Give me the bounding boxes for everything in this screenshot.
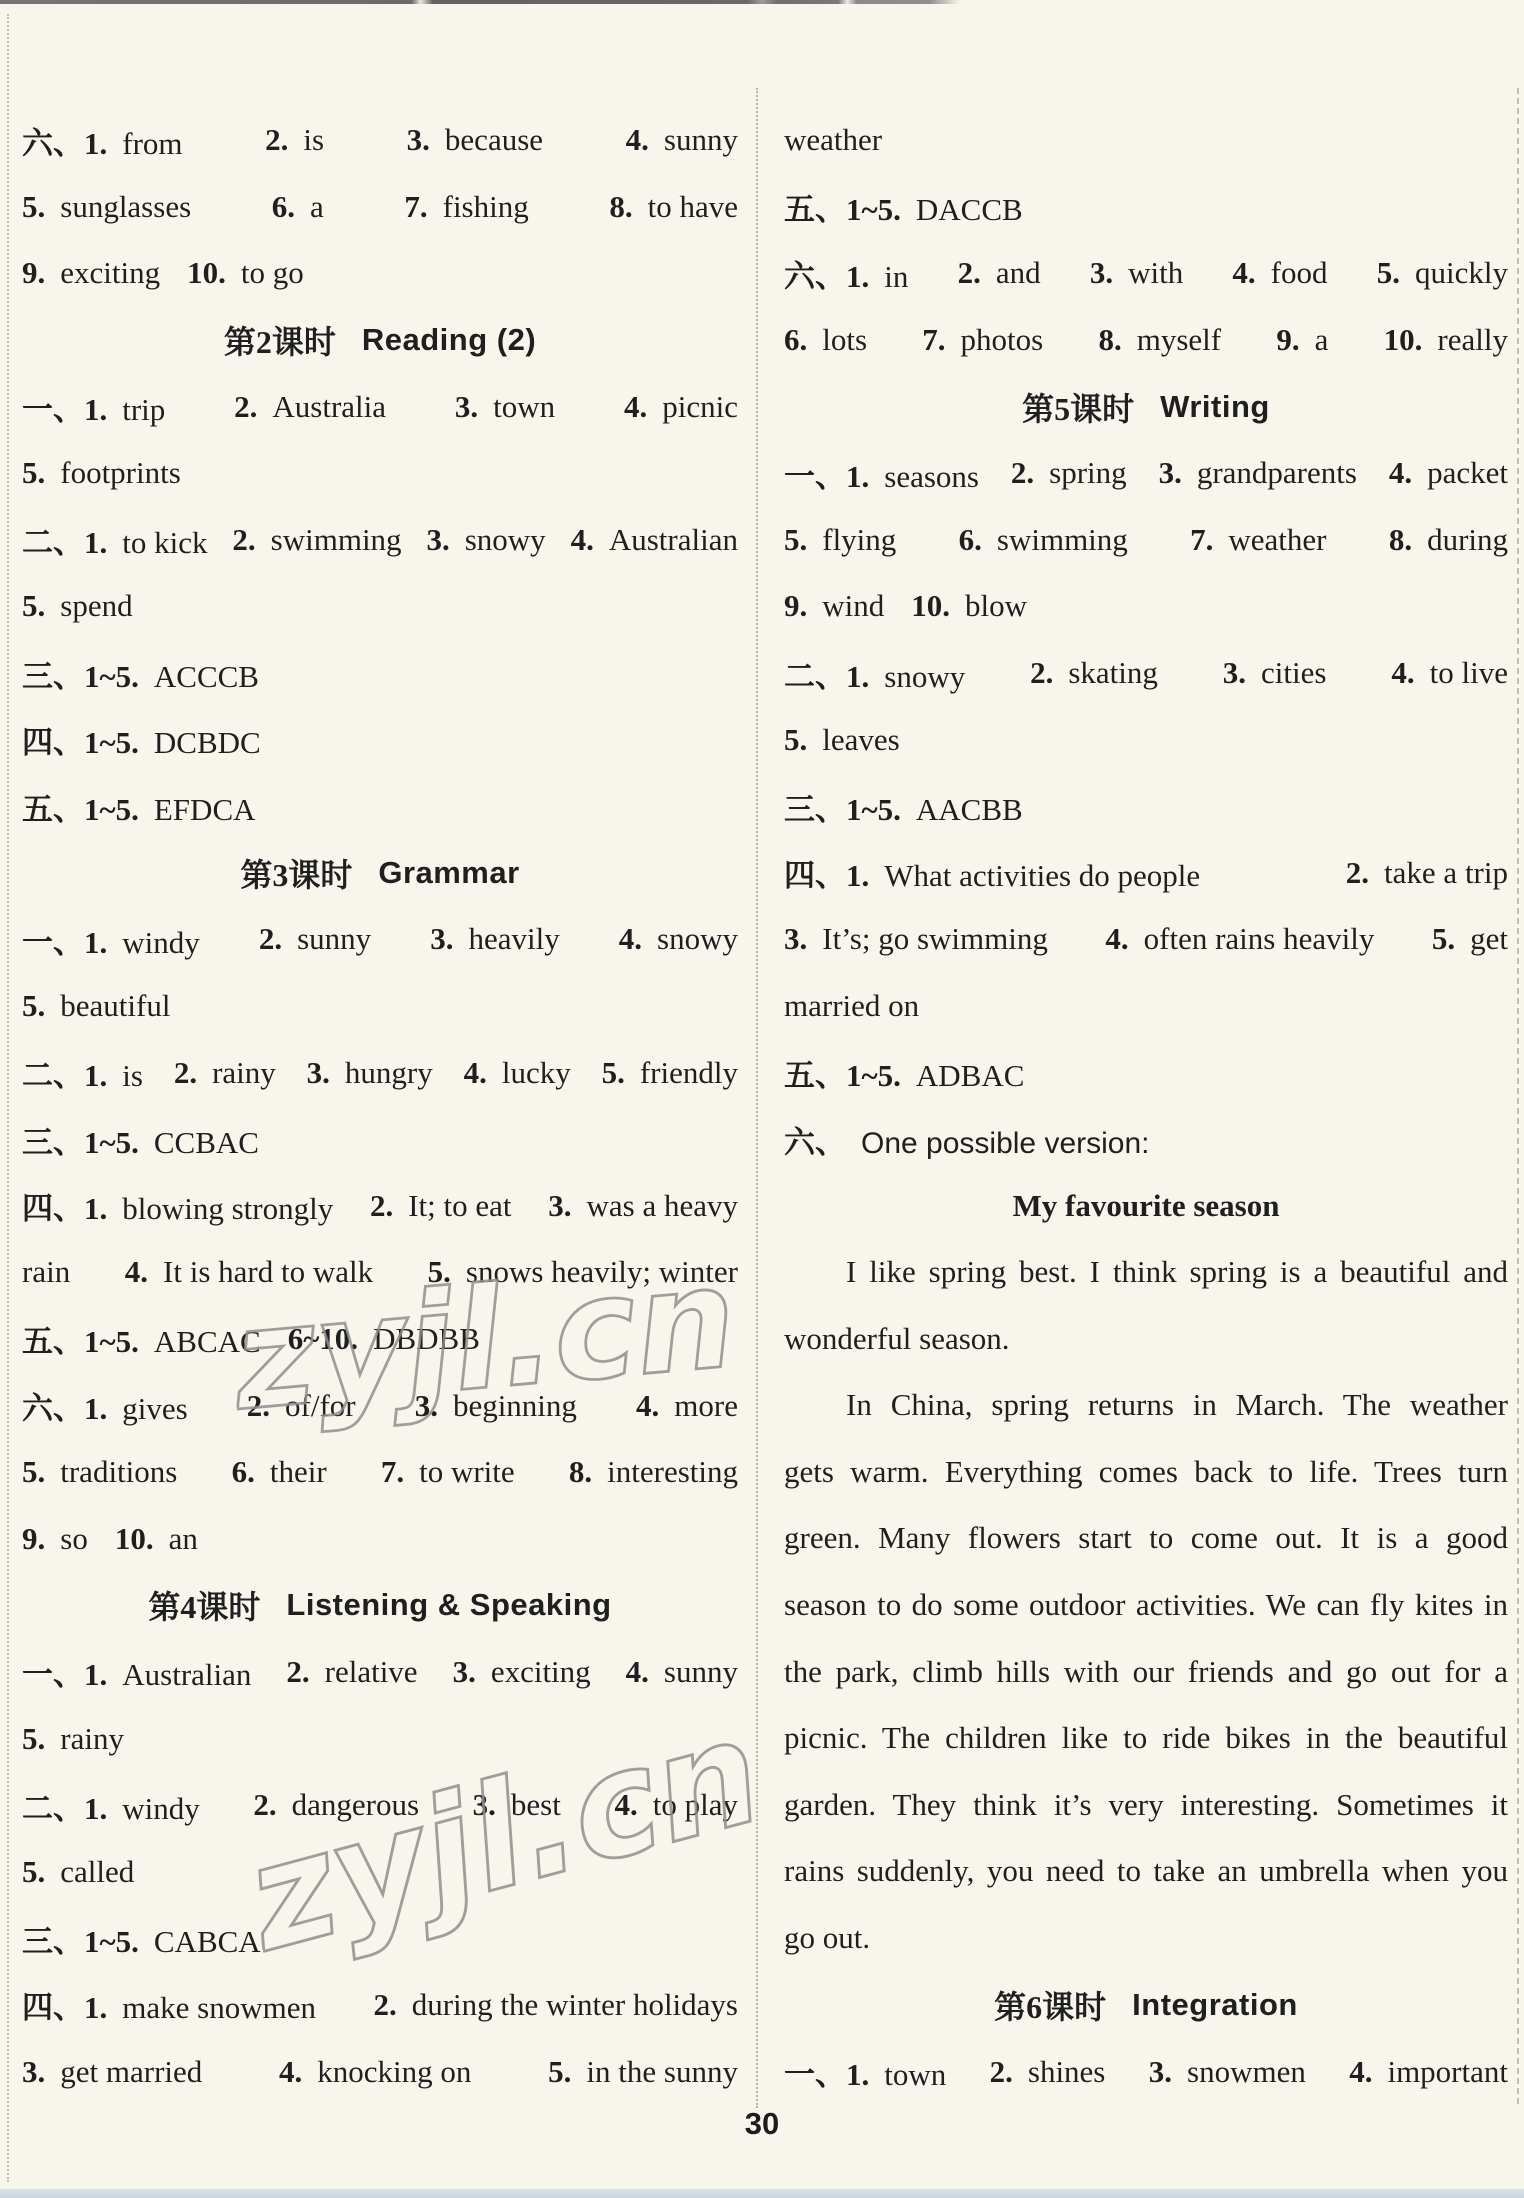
answer-number: 7. [1190,522,1213,557]
answer-item: 5.get [1432,921,1508,957]
answer-item: 2.Australia [234,389,386,425]
answer-number: 8. [609,189,632,224]
answer-number: 5. [784,522,807,557]
answer-line: 一、1.trip2.Australia3.town4.picnic [22,373,738,440]
answer-item: 6.their [232,1454,327,1490]
answer-text: flying [822,522,896,557]
answer-text: dangerous [292,1787,419,1822]
answer-number: 五、1~5. [22,1324,139,1359]
answer-item: 3.get married [22,2054,202,2090]
answer-text: spring [1049,455,1127,490]
answer-item: 一、1.seasons [784,451,979,496]
essay-line: gets warm. Everything comes back to life… [784,1439,1508,1506]
answer-text: myself [1137,322,1221,357]
answer-item: 六、1.in [784,251,908,296]
answer-text: best [511,1787,561,1822]
answer-text: photos [961,322,1044,357]
answer-number: 10. [911,588,950,623]
answer-item: 9.a [1276,322,1328,358]
answer-item: 5.snows heavily; winter [428,1254,738,1290]
answer-item: 4.food [1232,255,1327,291]
answer-item: 7.fishing [404,189,528,225]
answer-number: 9. [22,255,45,290]
answer-item: 2.dangerous [253,1787,419,1823]
answer-text: What activities do people [884,858,1200,893]
answer-text: interesting [607,1454,738,1489]
answer-line: 五、1~5.ABCAC6~10.DBDBB [22,1306,738,1373]
answer-item: 二、1.snowy [784,651,965,696]
answer-text: rain [22,1254,70,1289]
answer-text: weather [1228,522,1326,557]
answer-item: 5.rainy [22,1721,124,1757]
answer-number: 4. [464,1055,487,1090]
answer-item: 3.was a heavy [548,1188,738,1224]
answer-item: 4.packet [1389,455,1508,491]
answer-item: 5.flying [784,522,896,558]
answer-number: 9. [22,1521,45,1556]
column-divider [756,88,758,2108]
essay-title: My favourite season [784,1173,1508,1240]
answer-text: an [169,1521,198,1556]
answer-item: 9.so [22,1521,88,1557]
answer-number: 3. [784,921,807,956]
answer-number: 3. [430,921,453,956]
answer-number: 4. [636,1388,659,1423]
answer-number: 5. [428,1254,451,1289]
answer-line: 5.called [22,1838,738,1905]
answer-text: blowing strongly [122,1191,333,1226]
answer-item: 10.an [115,1521,198,1557]
answer-number: 6. [272,189,295,224]
answer-item: 五、1~5.ABCAC [22,1316,261,1361]
answer-line: 四、1.blowing strongly2.It; to eat3.was a … [22,1173,738,1240]
answer-number: 一、1. [784,459,869,494]
answer-item: 2.sunny [259,921,371,957]
answer-number: 3. [455,389,478,424]
answer-number: 2. [958,255,981,290]
answer-text: sunny [664,122,738,157]
answer-line: 9.so10.an [22,1505,738,1572]
answer-text: shines [1028,2054,1106,2089]
answer-item: 一、1.Australian [22,1649,251,1694]
answer-number: 2. [259,921,282,956]
answer-text: friendly [640,1055,738,1090]
answer-line: 五、1~5.DACCB [784,174,1508,241]
answer-number: 5. [1377,255,1400,290]
answer-item: 5.footprints [22,455,181,491]
answer-number: 3. [426,522,449,557]
answer-text: snowmen [1187,2054,1306,2089]
answer-text: really [1437,322,1508,357]
answer-item: 一、1.trip [22,384,165,429]
answer-line: 四、1~5.DCBDC [22,706,738,773]
answer-number: 3. [307,1055,330,1090]
essay-line: garden. They think it’s very interesting… [784,1772,1508,1839]
answer-number: 3. [1149,2054,1172,2089]
answer-line: 六、1.gives2.of/for3.beginning4.more [22,1372,738,1439]
answer-number: 2. [265,122,288,157]
answer-number: 二、1. [22,525,107,560]
answer-number: 7. [381,1454,404,1489]
heading-chinese: 第4课时 [148,1582,260,1628]
section-heading: 第5课时Writing [784,373,1508,440]
heading-english: Writing [1160,389,1270,425]
answer-item: 3.beginning [415,1388,577,1424]
answer-line: 6.lots7.photos8.myself9.a10.really [784,307,1508,374]
answer-item: 4.snowy [619,921,738,957]
heading-chinese: 第6课时 [994,1982,1106,2028]
answer-number: 8. [1389,522,1412,557]
answer-number: 一、1. [22,925,107,960]
answer-line: 二、1.to kick2.swimming3.snowy4.Australian [22,507,738,574]
answer-item: 9.exciting [22,255,160,291]
answer-line: 二、1.snowy2.skating3.cities4.to live [784,640,1508,707]
answer-number: 7. [404,189,427,224]
answer-item: 4.more [636,1388,738,1424]
answer-text: windy [122,1791,200,1826]
answer-number: 二、1. [784,659,869,694]
answer-item: 4.to live [1391,655,1508,691]
answer-number: 2. [370,1188,393,1223]
scan-bottom-edge [0,2189,1524,2198]
section-heading: 第2课时Reading (2) [22,307,738,374]
answer-text: ADBAC [916,1058,1025,1093]
answer-number: 一、1. [22,392,107,427]
answer-number: 4. [1389,455,1412,490]
answer-text: to kick [122,525,207,560]
heading-english: Reading (2) [362,322,536,358]
answer-text: One possible version: [861,1127,1150,1160]
answer-line: 五、1~5.EFDCA [22,773,738,840]
answer-text: rainy [212,1055,276,1090]
answer-line: 5.footprints [22,440,738,507]
answer-item: 4.sunny [626,1654,738,1690]
answer-number: 六、1. [784,259,869,294]
answer-text: leaves [822,722,899,757]
answer-item: 二、1.to kick [22,517,208,562]
answer-number: 3. [548,1188,571,1223]
answer-item: 3.exciting [453,1654,591,1690]
answer-text: town [493,389,555,424]
answer-number: 5. [22,588,45,623]
answer-number: 2. [373,1987,396,2022]
answer-item: 7.weather [1190,522,1326,558]
heading-chinese: 第2课时 [224,317,336,363]
answer-number: 六、1. [22,126,107,161]
answer-line: 5.spend [22,573,738,640]
answer-number: 二、1. [22,1791,107,1826]
answer-number: 5. [22,988,45,1023]
answer-text: sunny [664,1654,738,1689]
answer-item: 9.wind [784,588,884,624]
answer-number: 4. [1349,2054,1372,2089]
answer-line: rain4.It is hard to walk5.snows heavily;… [22,1239,738,1306]
answer-line: 5.traditions6.their7.to write8.interesti… [22,1439,738,1506]
answer-item: 3.cities [1223,655,1327,691]
answer-number: 2. [1030,655,1053,690]
answer-item: 3.best [473,1787,561,1823]
answer-line: 9.wind10.blow [784,573,1508,640]
answer-text: to play [653,1787,738,1822]
answer-number: 6. [959,522,982,557]
answer-item: 5.quickly [1377,255,1508,291]
answer-item: 三、1~5.CABCA [22,1916,261,1961]
answer-item: 10.to go [187,255,304,291]
answer-line: 5.sunglasses6.a7.fishing8.to have [22,174,738,241]
answer-text: get [1470,921,1508,956]
answer-number: 三、1~5. [22,1125,139,1160]
essay-line: I like spring best. I think spring is a … [784,1239,1508,1306]
answer-text: lots [822,322,867,357]
answer-text: relative [325,1654,418,1689]
answer-number: 10. [1384,322,1423,357]
answer-text: It’s; go swimming [822,921,1048,956]
answer-number: 2. [174,1055,197,1090]
answer-item: 三、1~5.ACCCB [22,651,259,696]
answer-number: 四、1. [22,1990,107,2025]
answer-text: footprints [60,455,181,490]
answer-text: and [996,255,1041,290]
answer-text: snowy [657,921,738,956]
answer-line: 3.get married4.knocking on5.in the sunny [22,2038,738,2105]
answer-text: Australia [272,389,386,424]
answer-text: beautiful [60,988,170,1023]
answer-line: 3.It’s; go swimming4.often rains heavily… [784,906,1508,973]
answer-number: 4. [125,1254,148,1289]
answer-text: to live [1430,655,1508,690]
heading-chinese: 第3课时 [240,850,352,896]
answer-text: a [310,189,324,224]
answer-line: 三、1~5.AACBB [784,773,1508,840]
answer-item: 8.myself [1098,322,1221,358]
essay-line: the park, climb hills with our friends a… [784,1639,1508,1706]
answer-item: 六、One possible version: [784,1117,1150,1162]
answer-item: 8.to have [609,189,738,225]
page-number: 30 [0,2106,1524,2142]
answer-item: 5.leaves [784,722,900,758]
answer-text: It; to eat [408,1188,511,1223]
answer-line: 六、1.from2.is3.because4.sunny [22,107,738,174]
answer-number: 6~10. [288,1321,358,1356]
answer-number: 8. [1098,322,1121,357]
answer-item: 4.to play [614,1787,738,1823]
answer-item: 4.important [1349,2054,1508,2090]
answer-number: 5. [1432,921,1455,956]
answer-text: snowy [884,659,965,694]
answer-number: 3. [453,1654,476,1689]
answer-item: 8.interesting [569,1454,738,1490]
essay-line: green. Many flowers start to come out. I… [784,1505,1508,1572]
answer-text: CCBAC [154,1125,259,1160]
answer-text: important [1387,2054,1508,2089]
answer-item: 一、1.town [784,2049,946,2094]
answer-item: 6.swimming [959,522,1128,558]
answer-item: 2.swimming [232,522,401,558]
answer-text: during [1427,522,1508,557]
answer-text: to go [241,255,304,290]
answer-number: 4. [626,122,649,157]
section-heading: 第3课时Grammar [22,840,738,907]
answer-number: 4. [624,389,647,424]
answer-number: 5. [22,1454,45,1489]
answer-text: in [884,259,908,294]
answer-item: 5.beautiful [22,988,170,1024]
answer-text: from [122,126,182,161]
answer-item: 2.rainy [174,1055,276,1091]
answer-item: 四、1.make snowmen [22,1982,316,2027]
answer-item: 10.really [1384,322,1508,358]
answer-item: 4.sunny [626,122,738,158]
answer-item: married on [784,988,919,1024]
answer-item: 六、1.gives [22,1383,188,1428]
answer-item: 5.in the sunny [548,2054,738,2090]
answer-number: 9. [784,588,807,623]
answer-text: sunny [297,921,371,956]
essay-line: picnic. The children like to ride bikes … [784,1705,1508,1772]
answer-number: 四、1. [22,1191,107,1226]
heading-english: Integration [1132,1987,1298,2023]
answer-text: swimming [271,522,402,557]
answer-number: 5. [548,2054,571,2089]
answer-item: 5.called [22,1854,134,1890]
heading-chinese: 第5课时 [1022,384,1134,430]
answer-line: 5.beautiful [22,973,738,1040]
answer-text: grandparents [1197,455,1357,490]
answer-number: 一、1. [784,2057,869,2092]
answer-item: 2.relative [286,1654,417,1690]
heading-english: Grammar [378,855,519,891]
answer-number: 2. [247,1388,270,1423]
answer-number: 2. [234,389,257,424]
page-left-border [7,14,9,2182]
answer-text: with [1128,255,1183,290]
answer-text: Australian [609,522,738,557]
answer-item: 2.spring [1011,455,1127,491]
answer-line: 六、One possible version: [784,1106,1508,1173]
answer-line: weather [784,107,1508,174]
answer-line: 一、1.Australian2.relative3.exciting4.sunn… [22,1639,738,1706]
answer-item: 6~10.DBDBB [288,1321,480,1357]
answer-text: DBDBB [373,1321,480,1356]
answer-text: quickly [1415,255,1508,290]
answer-text: It is hard to walk [163,1254,373,1289]
answer-number: 3. [1090,255,1113,290]
answer-line: 一、1.seasons2.spring3.grandparents4.packe… [784,440,1508,507]
answer-item: 3.hungry [307,1055,433,1091]
answer-item: 4.often rains heavily [1105,921,1374,957]
answer-item: 2.during the winter holidays [373,1987,738,2023]
answer-item: 4.knocking on [279,2054,471,2090]
answer-text: traditions [60,1454,177,1489]
answer-item: 4.Australian [571,522,738,558]
answer-number: 4. [614,1787,637,1822]
answer-number: 3. [415,1388,438,1423]
answer-number: 10. [187,255,226,290]
answer-text: snows heavily; winter [466,1254,738,1289]
answer-number: 5. [22,455,45,490]
answer-text: married on [784,988,919,1023]
heading-english: Listening & Speaking [286,1587,611,1623]
answer-item: 5.friendly [602,1055,738,1091]
answer-text: CABCA [154,1924,261,1959]
answer-item: 3.It’s; go swimming [784,921,1048,957]
answer-item: 六、1.from [22,118,183,163]
answer-line: married on [784,973,1508,1040]
answer-item: 3.because [407,122,543,158]
answer-text: more [674,1388,738,1423]
answer-number: 3. [1159,455,1182,490]
answer-number: 五、1~5. [22,792,139,827]
answer-item: 6.a [272,189,324,225]
answer-text: DCBDC [154,725,261,760]
answer-item: 三、1~5.AACBB [784,784,1023,829]
answer-text: AACBB [916,792,1023,827]
answer-number: 4. [1391,655,1414,690]
answer-item: 四、1.blowing strongly [22,1183,333,1228]
answer-item: 8.during [1389,522,1508,558]
answer-text: lucky [502,1055,571,1090]
answer-item: 4.It is hard to walk [125,1254,373,1290]
scan-top-edge [0,0,1524,4]
answer-text: take a trip [1384,855,1508,890]
answer-text: during the winter holidays [412,1987,738,2022]
answer-item: 2.and [958,255,1041,291]
answer-number: 2. [1346,855,1369,890]
answer-text: to have [648,189,738,224]
answer-number: 7. [922,322,945,357]
answer-item: 五、1~5.ADBAC [784,1050,1024,1095]
answer-text: picnic [662,389,738,424]
answer-line: 一、1.windy2.sunny3.heavily4.snowy [22,906,738,973]
page-right-border [1517,88,1519,2104]
answer-line: 三、1~5.CABCA [22,1905,738,1972]
answer-line: 四、1.make snowmen2.during the winter holi… [22,1972,738,2039]
answer-item: 5.spend [22,588,133,624]
answer-text: seasons [884,459,979,494]
answer-text: a [1315,322,1329,357]
answer-number: 8. [569,1454,592,1489]
answer-item: 二、1.is [22,1050,143,1095]
answer-line: 一、1.town2.shines3.snowmen4.important [784,2038,1508,2105]
right-column: weather五、1~5.DACCB六、1.in2.and3.with4.foo… [784,107,1508,2105]
answer-text: because [445,122,543,157]
answer-number: 五、1~5. [784,192,901,227]
answer-number: 4. [619,921,642,956]
answer-number: 4. [571,522,594,557]
answer-item: 4.picnic [624,389,738,425]
answer-number: 5. [784,722,807,757]
answer-number: 2. [990,2054,1013,2089]
answer-text: cities [1261,655,1326,690]
answer-number: 6. [232,1454,255,1489]
answer-text: of/for [285,1388,356,1423]
essay-line: wonderful season. [784,1306,1508,1373]
answer-number: 三、1~5. [22,659,139,694]
answer-text: food [1271,255,1328,290]
answer-number: 3. [22,2054,45,2089]
answer-text: often rains heavily [1144,921,1375,956]
answer-text: trip [122,392,165,427]
answer-line: 四、1.What activities do people2.take a tr… [784,840,1508,907]
answer-number: 5. [22,1854,45,1889]
answer-number: 2. [1011,455,1034,490]
answer-line: 5.rainy [22,1705,738,1772]
answer-item: 10.blow [911,588,1027,624]
answer-item: 2.skating [1030,655,1158,691]
answer-number: 3. [407,122,430,157]
answer-number: 四、1~5. [22,725,139,760]
answer-item: 2.take a trip [1346,855,1508,891]
